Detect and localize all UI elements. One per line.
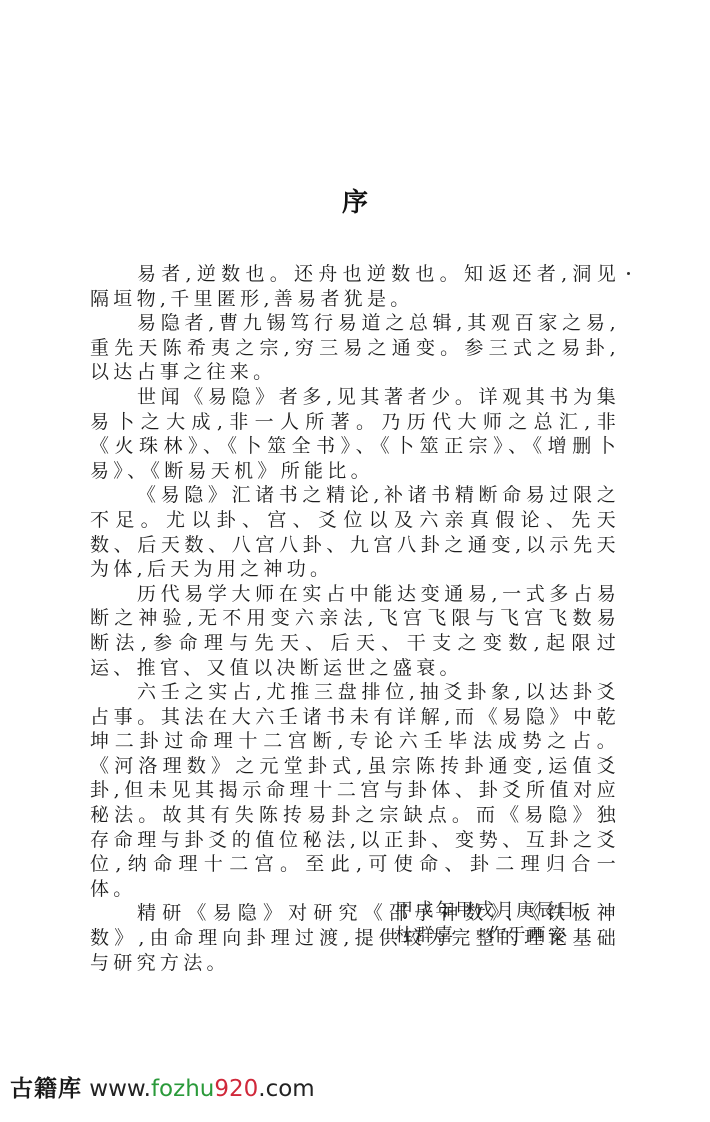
signature-date: 甲戌年甲戌月庚辰日 (395, 898, 577, 923)
signature-author: 杜群喜 作于西安 (395, 923, 577, 948)
paragraph-5: 历代易学大师在实占中能达变通易,一式多占易断之神验,无不用变六亲法,飞宫飞限与飞… (90, 582, 620, 680)
watermark-url-prefix: www. (82, 1076, 151, 1102)
paragraph-4: 《易隐》汇诸书之精论,补诸书精断命易过限之不足。尤以卦、宫、爻位以及六亲真假论、… (90, 483, 620, 581)
watermark-url-green: fozhu (151, 1076, 214, 1102)
preface-body: 易者,逆数也。还舟也逆数也。知返还者,洞见隔垣物,千里匿形,善易者犹是。 易隐者… (90, 262, 620, 975)
document-page: 序 易者,逆数也。还舟也逆数也。知返还者,洞见隔垣物,千里匿形,善易者犹是。 易… (0, 0, 710, 1122)
watermark-url-suffix: .com (258, 1076, 314, 1102)
watermark-site-name: 古籍库 (10, 1076, 82, 1102)
paragraph-3: 世闻《易隐》者多,见其著者少。详观其书为集易卜之大成,非一人所著。乃历代大师之总… (90, 385, 620, 483)
watermark-url-red: 920 (214, 1076, 258, 1102)
page-title: 序 (0, 186, 710, 220)
paragraph-6: 六壬之实占,尤推三盘排位,抽爻卦象,以达卦爻占事。其法在大六壬诸书未有详解,而《… (90, 680, 620, 901)
paragraph-2: 易隐者,曹九锡笃行易道之总辑,其观百家之易,重先天陈希夷之宗,穷三易之通变。参三… (90, 311, 620, 385)
site-watermark: 古籍库 www.fozhu920.com (10, 1074, 315, 1104)
signature-block: 甲戌年甲戌月庚辰日 杜群喜 作于西安 (395, 898, 577, 948)
paragraph-1: 易者,逆数也。还舟也逆数也。知返还者,洞见隔垣物,千里匿形,善易者犹是。 (90, 262, 620, 311)
scan-artifact-dot (627, 272, 630, 275)
